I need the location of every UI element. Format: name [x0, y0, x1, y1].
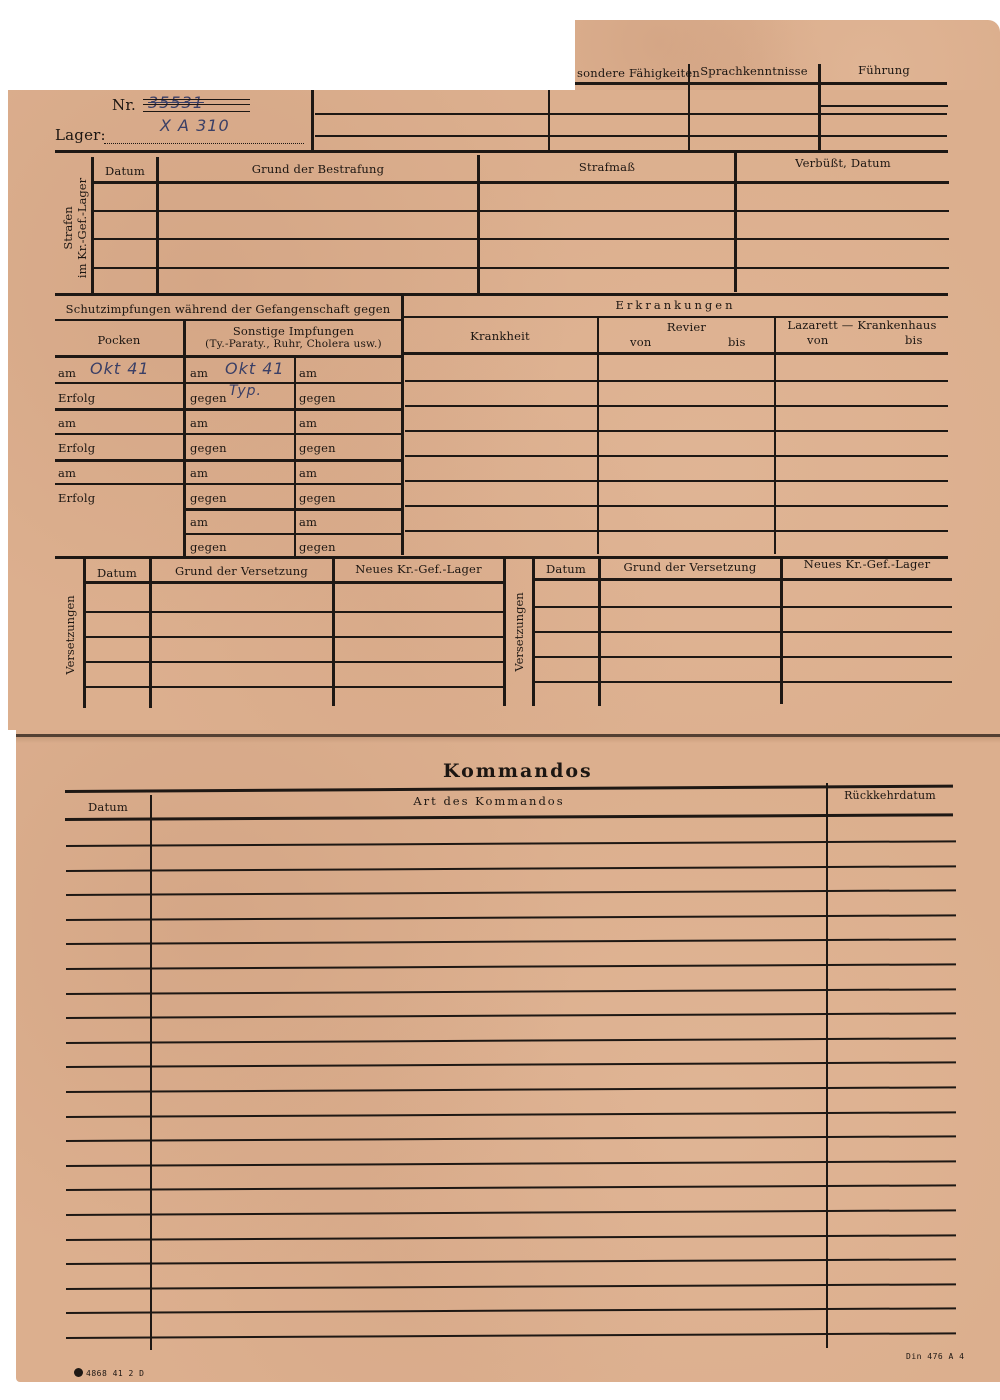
- rule: [818, 105, 948, 107]
- lazarett-von: von: [807, 333, 828, 347]
- print-code-text: 4868 41 2 D: [86, 1369, 144, 1378]
- nr-strike-line: [143, 104, 250, 105]
- rule: [534, 631, 952, 633]
- rule: [405, 455, 948, 457]
- form-top-tab: [575, 20, 1000, 100]
- pocken-am-value[interactable]: Okt 41: [90, 359, 150, 378]
- divider: [150, 795, 152, 1350]
- din-code: Din 476 A 4: [906, 1352, 964, 1361]
- label-am: am: [299, 515, 317, 529]
- strafen-col-datum: Datum: [94, 164, 156, 178]
- label-gegen: gegen: [190, 491, 227, 505]
- strafen-side-label-line2: im Kr.-Gef.-Lager: [75, 163, 89, 293]
- versetzungen-right-col-lager: Neues Kr.-Gef.-Lager: [782, 557, 952, 571]
- nr-strike-line: [143, 111, 250, 112]
- rule: [534, 681, 952, 683]
- revier-bis: bis: [728, 335, 746, 349]
- rule: [315, 135, 947, 137]
- divider: [477, 155, 480, 295]
- label-gegen: gegen: [299, 540, 336, 554]
- print-code: 4868 41 2 D: [74, 1368, 144, 1378]
- label-gegen: gegen: [190, 391, 227, 405]
- versetzungen-left-col-datum: Datum: [85, 566, 149, 580]
- rule: [85, 581, 503, 584]
- col-header-fuehrung: Führung: [822, 63, 946, 77]
- divider: [826, 783, 828, 1348]
- label-am: am: [299, 366, 317, 380]
- label-gegen: gegen: [299, 441, 336, 455]
- versetzungen-right-col-datum: Datum: [534, 562, 598, 576]
- schutzimpfungen-title: Schutzimpfungen während der Gefangenscha…: [55, 302, 401, 316]
- label-gegen: gegen: [190, 540, 227, 554]
- divider: [818, 64, 821, 152]
- rule: [93, 267, 949, 269]
- label-am: am: [190, 515, 208, 529]
- label-am: am: [190, 416, 208, 430]
- rule: [55, 433, 403, 435]
- rule: [85, 661, 503, 663]
- divider: [311, 90, 314, 152]
- col-lazarett: Lazarett — Krankenhaus: [776, 318, 948, 332]
- col-krankheit: Krankheit: [403, 329, 597, 343]
- rule: [55, 293, 948, 296]
- nr-strike-line: [143, 99, 250, 100]
- versetzungen-left-col-lager: Neues Kr.-Gef.-Lager: [334, 562, 503, 576]
- label-gegen: gegen: [299, 491, 336, 505]
- col-sonstige-line2: (Ty.-Paraty., Ruhr, Cholera usw.): [186, 338, 401, 350]
- label-am: am: [299, 466, 317, 480]
- col-revier: Revier: [599, 320, 774, 334]
- label-am: am: [58, 416, 76, 430]
- fold-shadow: [16, 737, 1000, 743]
- rule: [55, 319, 403, 321]
- printer-mark-icon: [74, 1368, 83, 1377]
- strafen-col-grund: Grund der Bestrafung: [160, 162, 476, 176]
- label-gegen: gegen: [190, 441, 227, 455]
- lager-label: Lager:: [55, 126, 106, 144]
- strafen-col-strafmass: Strafmaß: [480, 160, 734, 174]
- kommandos-title: Kommandos: [443, 760, 593, 782]
- rule: [315, 113, 947, 115]
- rule: [55, 459, 403, 462]
- divider: [734, 152, 737, 292]
- fold-line: [16, 734, 1000, 737]
- rule: [405, 405, 948, 407]
- rule: [55, 150, 948, 153]
- divider: [597, 316, 599, 554]
- divider: [503, 556, 506, 706]
- label-erfolg: Erfolg: [58, 441, 95, 455]
- label-erfolg: Erfolg: [58, 491, 95, 505]
- strafen-side-label-line1: Strafen: [61, 163, 75, 293]
- rule: [534, 656, 952, 658]
- sonstige-am-value[interactable]: Okt 41: [225, 359, 285, 378]
- rule: [405, 380, 948, 382]
- label-am: am: [299, 416, 317, 430]
- col-sonstige-line1: Sonstige Impfungen: [186, 324, 401, 338]
- label-am: am: [190, 366, 208, 380]
- rule: [55, 408, 403, 411]
- sonstige-gegen-value[interactable]: Typ.: [229, 383, 262, 399]
- label-am: am: [58, 366, 76, 380]
- versetzungen-side-label-left: Versetzungen: [63, 585, 77, 685]
- erkrankungen-title: Erkrankungen: [403, 298, 948, 312]
- label-am: am: [58, 466, 76, 480]
- rule: [93, 181, 949, 184]
- rule: [93, 210, 949, 212]
- divider: [774, 316, 776, 554]
- strafen-side-label: Strafen im Kr.-Gef.-Lager: [61, 163, 89, 293]
- rule: [534, 578, 952, 581]
- rule: [185, 533, 403, 535]
- versetzungen-side-label-right: Versetzungen: [512, 582, 526, 682]
- lager-dotted-line: [104, 143, 304, 144]
- rule: [575, 82, 947, 85]
- versetzungen-right-col-grund: Grund der Versetzung: [600, 560, 780, 574]
- col-pocken: Pocken: [55, 333, 183, 347]
- divider: [548, 90, 550, 152]
- lazarett-bis: bis: [905, 333, 923, 347]
- rule: [85, 611, 503, 613]
- rule: [405, 480, 948, 482]
- versetzungen-left-col-grund: Grund der Versetzung: [151, 564, 332, 578]
- col-header-faehigkeiten: sondere Fähigkeiten: [577, 66, 700, 80]
- lager-value[interactable]: X A 310: [160, 116, 230, 135]
- rule: [93, 238, 949, 240]
- label-gegen: gegen: [299, 391, 336, 405]
- label-erfolg: Erfolg: [58, 391, 95, 405]
- nr-value[interactable]: 35531: [148, 93, 204, 112]
- divider: [156, 157, 159, 295]
- rule: [55, 483, 403, 485]
- strafen-col-verbuesst: Verbüßt, Datum: [738, 156, 948, 170]
- rule: [405, 530, 948, 532]
- kommandos-col-datum: Datum: [66, 800, 150, 814]
- col-header-sprachkenntnisse: Sprachkenntnisse: [692, 64, 816, 78]
- rule: [85, 686, 503, 688]
- rule: [55, 355, 403, 358]
- kommandos-col-art: Art des Kommandos: [152, 794, 826, 808]
- rule: [405, 505, 948, 507]
- rule: [405, 430, 948, 432]
- revier-von: von: [630, 335, 651, 349]
- rule: [534, 606, 952, 608]
- kommandos-col-rueckkehr: Rückkehrdatum: [828, 789, 952, 802]
- label-am: am: [190, 466, 208, 480]
- rule: [185, 508, 403, 511]
- divider: [294, 355, 296, 558]
- rule: [403, 352, 948, 355]
- nr-label: Nr.: [112, 96, 136, 114]
- rule: [85, 636, 503, 638]
